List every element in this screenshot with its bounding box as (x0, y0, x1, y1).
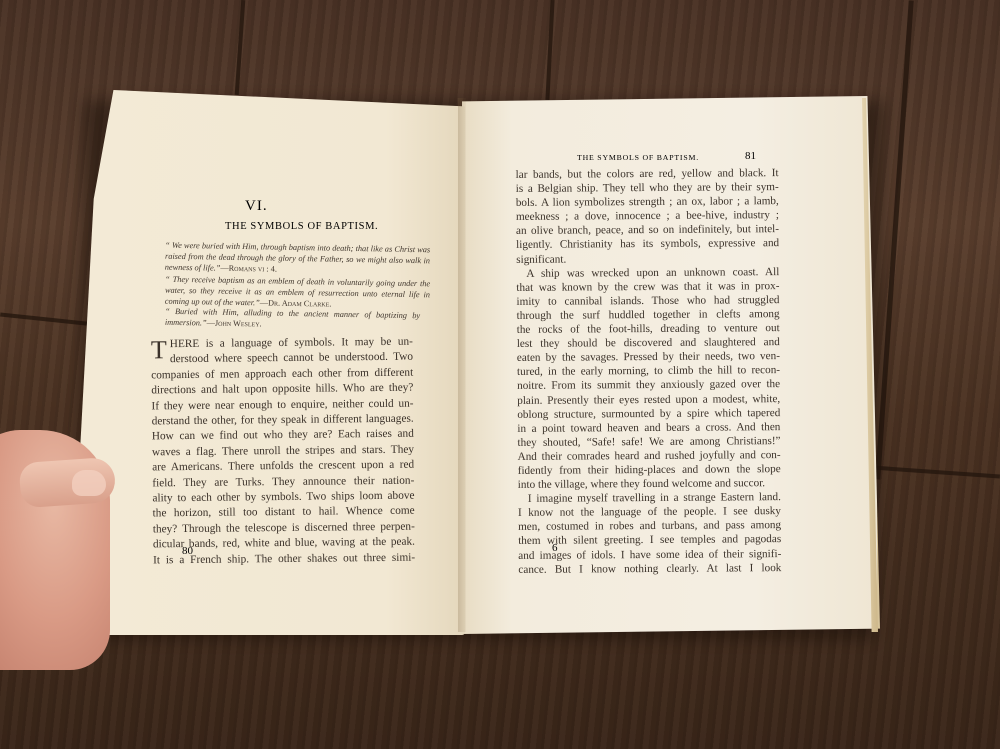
epigraph-romans: “ We were buried with Him, through bapti… (165, 240, 431, 278)
right-page-body: lar bands, but the colors are red, yello… (516, 166, 782, 577)
text-line: in a point toward heaven and bears a cro… (517, 420, 780, 436)
table-plank-seam (235, 0, 246, 95)
drop-cap: T (151, 338, 167, 362)
text-line: plain. Presently their eyes rested upon … (517, 392, 780, 408)
text-line: cance. But I know nothing clearly. At la… (518, 561, 781, 577)
running-head: THE SYMBOLS OF BAPTISM. (577, 153, 699, 162)
text-line: ligently. Christianity has its symbols, … (516, 237, 779, 253)
text-line: A ship was wrecked upon an unknown coast… (516, 265, 779, 281)
signature-mark: 6 (552, 542, 558, 554)
epigraph-wesley: “ Buried with Him, alluding to the ancie… (165, 306, 420, 332)
epigraph-attribution: —John Wesley. (207, 319, 262, 329)
chapter-title: THE SYMBOLS OF BAPTISM. (225, 221, 378, 232)
text-line: noitre. From its summit they anxiously g… (517, 377, 780, 393)
left-page-body: T HERE is a language of symbols. It may … (151, 335, 415, 569)
text-line: oblong structure, surmounted by a spire … (517, 406, 780, 422)
thumbnail-nail (72, 470, 106, 496)
page-number-left: 80 (182, 545, 193, 557)
chapter-number: VI. (245, 198, 268, 215)
page-number-right: 81 (745, 150, 756, 162)
table-plank-seam (545, 0, 554, 100)
table-plank-seam (872, 466, 1000, 479)
book-gutter (458, 98, 466, 632)
epigraph-attribution: —Romans vi : 4. (220, 264, 277, 274)
